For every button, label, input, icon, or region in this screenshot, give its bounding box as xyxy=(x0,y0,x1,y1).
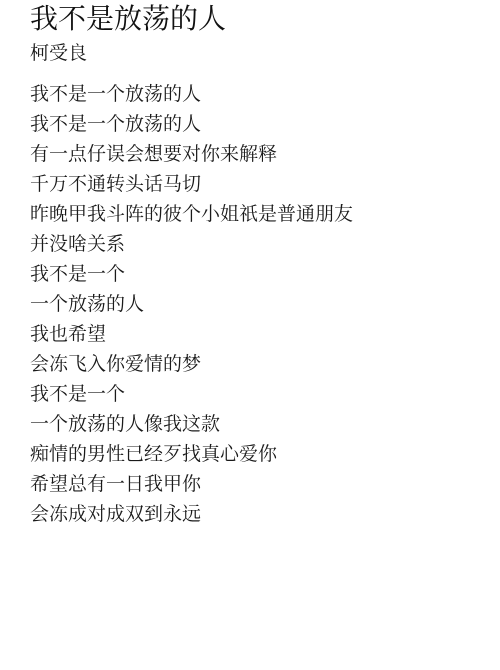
lyric-line: 千万不通转头话马切 xyxy=(30,170,353,200)
lyric-line: 痴情的男性已经歹找真心爱你 xyxy=(30,440,353,470)
lyric-line: 会冻成对成双到永远 xyxy=(30,500,353,530)
lyric-line: 会冻飞入你爱情的梦 xyxy=(30,350,353,380)
lyric-line: 希望总有一日我甲你 xyxy=(30,470,353,500)
artist-name: 柯受良 xyxy=(30,40,87,66)
lyric-line: 一个放荡的人像我这款 xyxy=(30,410,353,440)
lyric-line: 我不是一个放荡的人 xyxy=(30,110,353,140)
lyrics-list: 我不是一个放荡的人 我不是一个放荡的人 有一点仔误会想要对你来解释 千万不通转头… xyxy=(30,80,353,530)
song-title: 我不是放荡的人 xyxy=(30,1,226,37)
lyric-line: 我也希望 xyxy=(30,320,353,350)
lyric-line: 并没啥关系 xyxy=(30,230,353,260)
lyric-line: 我不是一个放荡的人 xyxy=(30,80,353,110)
lyric-line: 有一点仔误会想要对你来解释 xyxy=(30,140,353,170)
lyric-line: 我不是一个 xyxy=(30,380,353,410)
lyric-line: 我不是一个 xyxy=(30,260,353,290)
lyric-line: 昨晚甲我斗阵的彼个小姐祇是普通朋友 xyxy=(30,200,353,230)
lyric-line: 一个放荡的人 xyxy=(30,290,353,320)
